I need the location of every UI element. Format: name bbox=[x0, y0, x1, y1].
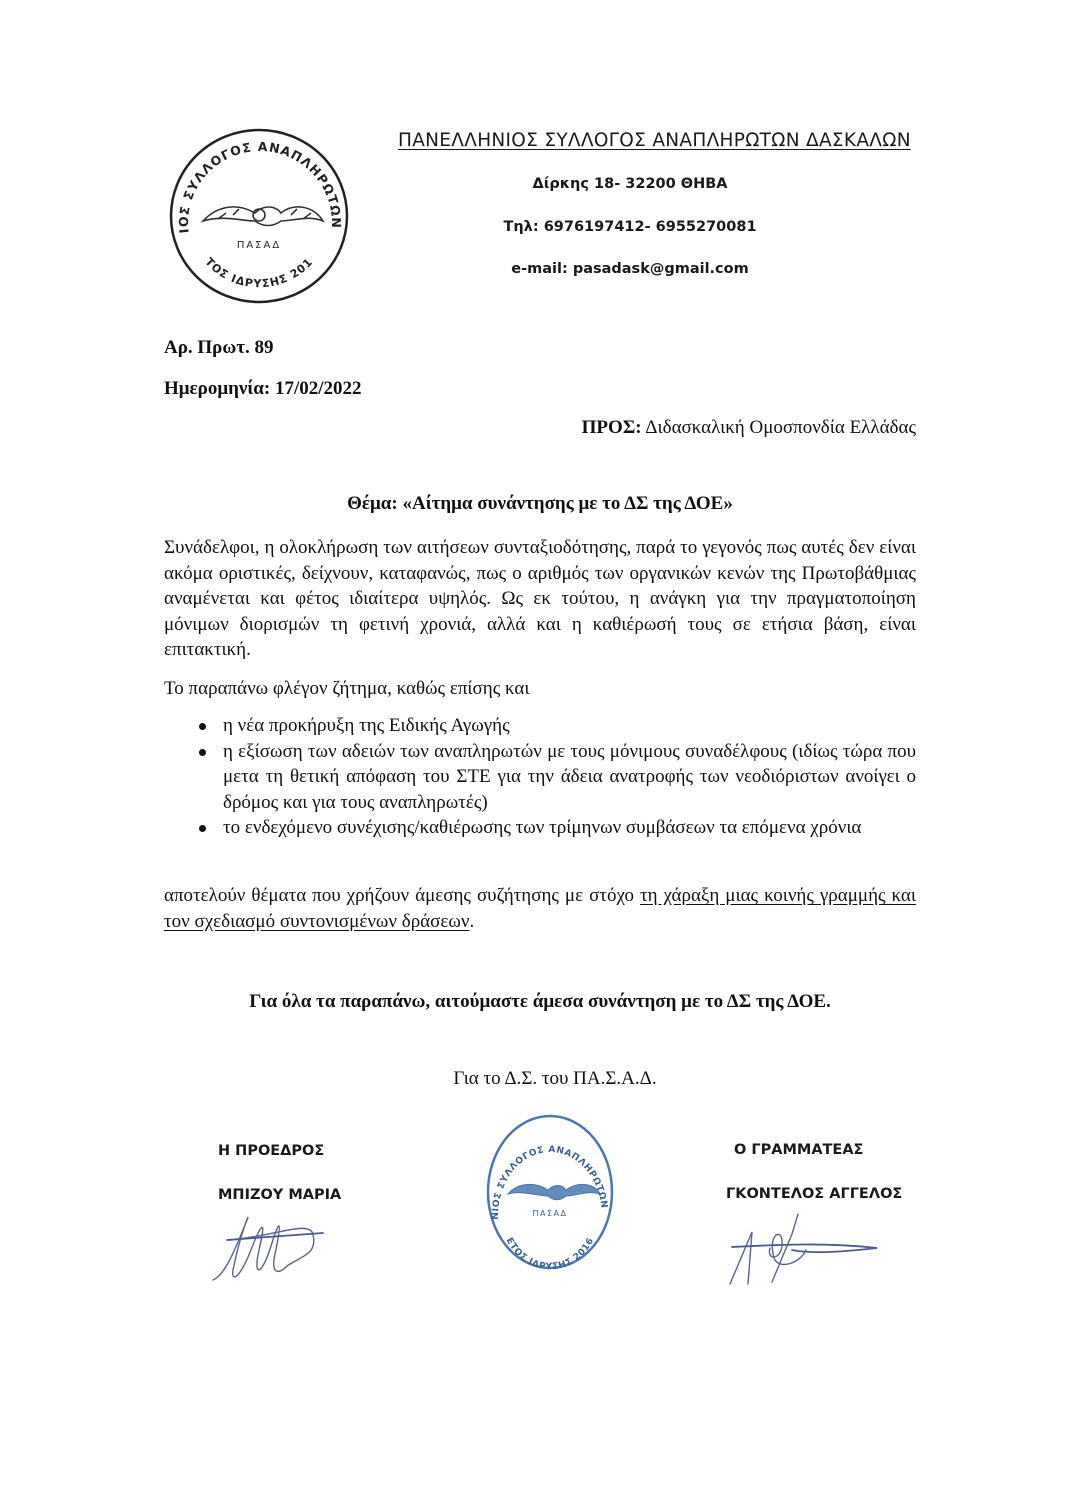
bullet-icon bbox=[199, 723, 206, 730]
recipient-label: ΠΡΟΣ: bbox=[582, 417, 642, 438]
signature-icon bbox=[205, 1210, 340, 1310]
organization-seal-icon: ΠΑΝΕΛΛΗΝΙΟΣ ΣΥΛΛΟΓΟΣ ΑΝΑΠΛΗΡΩΤΩΝ ΔΑΣΚΑΛΩ… bbox=[163, 125, 355, 307]
recipient-name: Διδασκαλική Ομοσπονδία Ελλάδας bbox=[642, 417, 916, 438]
secretary-signature bbox=[712, 1212, 882, 1312]
svg-text:ΠΑΣΑΔ: ΠΑΣΑΔ bbox=[533, 1209, 568, 1218]
subject-line: Θέμα: «Αίτημα συνάντησης με το ΔΣ της ΔΟ… bbox=[0, 493, 1080, 515]
president-name: ΜΠΙΖΟΥ ΜΑΡΙΑ bbox=[218, 1187, 341, 1203]
organization-stamp: ΠΑΝΕΛΛΗΝΙΟΣ ΣΥΛΛΟΓΟΣ ΑΝΑΠΛΗΡΩΤΩΝ ΔΑΣΚΑΛΩ… bbox=[466, 1106, 634, 1274]
svg-text:ΠΑΣΑΔ: ΠΑΣΑΔ bbox=[237, 240, 281, 251]
organization-stamp-icon: ΠΑΝΕΛΛΗΝΙΟΣ ΣΥΛΛΟΓΟΣ ΑΝΑΠΛΗΡΩΤΩΝ ΔΑΣΚΑΛΩ… bbox=[466, 1106, 634, 1274]
bullet-icon bbox=[199, 749, 206, 756]
signature-icon bbox=[712, 1212, 882, 1312]
protocol-number: Αρ. Πρωτ. 89 bbox=[164, 337, 273, 359]
secretary-role: Ο ΓΡΑΜΜΑΤΕΑΣ bbox=[734, 1142, 863, 1158]
organization-phone: Τηλ: 6976197412- 6955270081 bbox=[440, 219, 820, 235]
topics-list: η νέα προκήρυξη της Ειδικής Αγωγής η εξί… bbox=[164, 713, 916, 841]
on-behalf-line: Για το Δ.Σ. του ΠΑ.Σ.Α.Δ. bbox=[0, 1068, 1080, 1090]
body-paragraph-1: Συνάδελφοι, η ολοκλήρωση των αιτήσεων συ… bbox=[164, 535, 916, 663]
recipient: ΠΡΟΣ: Διδασκαλική Ομοσπονδία Ελλάδας bbox=[582, 417, 916, 439]
secretary-name: ΓΚΟΝΤΕΛΟΣ ΑΓΓΕΛΟΣ bbox=[726, 1186, 902, 1202]
list-item: το ενδεχόμενο συνέχισης/καθιέρωσης των τ… bbox=[164, 815, 916, 841]
closing-request: Για όλα τα παραπάνω, αιτούμαστε άμεσα συ… bbox=[0, 991, 1080, 1013]
organization-name: ΠΑΝΕΛΛΗΝΙΟΣ ΣΥΛΛΟΓΟΣ ΑΝΑΠΛΗΡΩΤΩΝ ΔΑΣΚΑΛΩ… bbox=[398, 130, 911, 151]
body-paragraph-3: αποτελούν θέματα που χρήζουν άμεσης συζή… bbox=[164, 883, 916, 934]
organization-logo: ΠΑΝΕΛΛΗΝΙΟΣ ΣΥΛΛΟΓΟΣ ΑΝΑΠΛΗΡΩΤΩΝ ΔΑΣΚΑΛΩ… bbox=[163, 125, 355, 307]
bullet-icon bbox=[199, 825, 206, 832]
president-signature bbox=[205, 1210, 340, 1310]
list-item: η νέα προκήρυξη της Ειδικής Αγωγής bbox=[164, 713, 916, 739]
document-date: Ημερομηνία: 17/02/2022 bbox=[164, 378, 362, 400]
body-paragraph-2: Το παραπάνω φλέγον ζήτημα, καθώς επίσης … bbox=[164, 676, 916, 702]
organization-address: Δίρκης 18- 32200 ΘΗΒΑ bbox=[440, 176, 820, 192]
list-item: η εξίσωση των αδειών των αναπληρωτών με … bbox=[164, 739, 916, 816]
organization-email: e-mail: pasadask@gmail.com bbox=[440, 261, 820, 277]
president-role: Η ΠΡΟΕΔΡΟΣ bbox=[218, 1143, 324, 1159]
